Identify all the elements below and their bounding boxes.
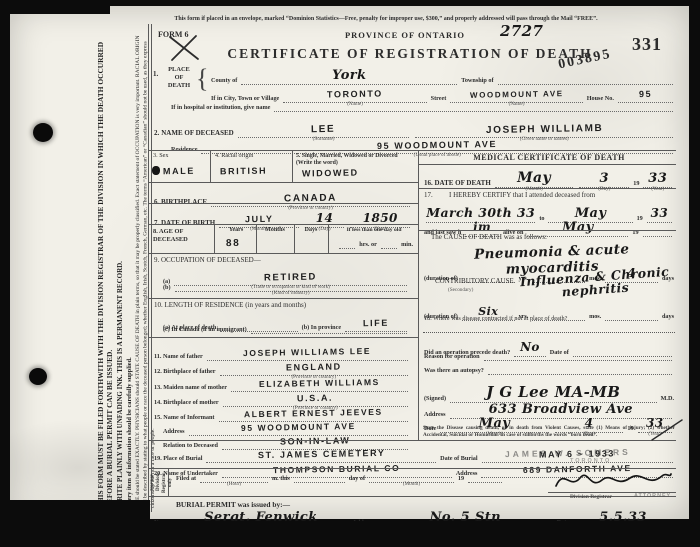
street-value: WOODMOUNT AVE <box>470 90 564 100</box>
hospital-field <box>274 111 673 112</box>
age-years-header: Years <box>218 227 254 233</box>
contributory-days-label: days <box>661 314 675 321</box>
father-value: JOSEPH WILLIAMS LEE <box>243 347 371 358</box>
microfilm-scan: THIS FORM MUST BE FILED FORTHWITH WITH T… <box>0 0 700 547</box>
occupation-separator <box>148 298 418 299</box>
age-less-than-day-label: If less than one day old <box>332 227 416 233</box>
death-year-field: 33 (Year) <box>643 169 672 188</box>
age-cell-3 <box>294 224 295 253</box>
sex-value: MALE <box>163 166 195 177</box>
operation-reason-field <box>484 360 672 361</box>
filed-dayof-label: day of <box>348 476 366 483</box>
age-cell-2 <box>256 224 257 253</box>
racial-origin-value: BRITISH <box>220 166 267 177</box>
certify-no: 17. <box>423 192 434 200</box>
stamp-attorney: ATTORNEY <box>634 493 671 499</box>
death-date-label: 16. DATE OF DEATH <box>423 180 492 188</box>
age-min-field <box>381 248 397 249</box>
age-label: 8. AGE OF DECEASED <box>153 228 209 243</box>
county-value: York <box>332 69 366 82</box>
racial-cell-divider <box>292 150 293 182</box>
death-month-value: May <box>517 171 551 185</box>
certificate-page: THIS FORM MUST BE FILED FORTHWITH WITH T… <box>10 6 690 519</box>
city-label: If in City, Town or Village <box>210 96 280 103</box>
filed-year-prefix: 19 <box>457 476 465 483</box>
marital-value: WIDOWED <box>302 168 359 179</box>
occupation-a-value: RETIRED <box>264 273 317 283</box>
undertaker-value: THOMPSON BURIAL CO <box>273 464 400 475</box>
margin-line-1: THIS FORM MUST BE FILED FORTHWITH WITH T… <box>96 30 114 508</box>
residence-field: 95 WOODMOUNT AVE (Usual place of abode) <box>201 135 673 154</box>
operation-reason-label: Reason for operation <box>423 354 481 361</box>
filed-month-field: (Month) <box>369 482 454 483</box>
city-value: TORONTO <box>327 90 383 100</box>
residence-c-field <box>251 333 407 334</box>
death-year-value: 33 <box>648 172 667 185</box>
registrar-title: Division Registrar <box>570 494 612 500</box>
punch-hole <box>33 123 53 142</box>
age-separator <box>148 253 418 254</box>
burial-separator <box>148 440 676 441</box>
operation-value: No <box>520 341 540 353</box>
death-day-value: 3 <box>600 172 609 185</box>
margin-line-4: AGE should be stated EXACTLY. PHYSICIANS… <box>135 30 158 508</box>
ink-blot <box>152 166 160 175</box>
place-no: 1. <box>153 70 158 78</box>
county-field: York <box>241 66 457 85</box>
marital-label: 5. Single, Married, Widowed or Divorced … <box>296 153 414 167</box>
filed-month-hint: (Month) <box>403 482 420 488</box>
age-months-header: Months <box>258 227 292 233</box>
sex-label: 3. Sex <box>152 153 169 160</box>
margin-instructions: THIS FORM MUST BE FILED FORTHWITH WITH T… <box>94 30 160 508</box>
film-border-left <box>0 0 10 547</box>
hospital-label: If in hospital or institution, give name <box>170 105 271 112</box>
residence-c-label: (c) In Canada (if an immigrant) <box>162 327 248 334</box>
filed-at-label: Filed at <box>175 476 197 483</box>
place-brace: { <box>196 64 208 94</box>
age-hrs-field <box>339 248 355 249</box>
racial-origin-label: 4. Racial origin <box>214 153 254 160</box>
birth-separator <box>148 224 418 225</box>
residence-length-label: 10. LENGTH OF RESIDENCE (in years and mo… <box>153 302 307 310</box>
house-no-label: House No. <box>586 96 615 103</box>
age-days-header: Days <box>296 227 326 233</box>
sex-cell-divider <box>210 150 211 182</box>
birth-day-value: 14 <box>316 212 334 224</box>
contracted-blank-line <box>423 332 675 333</box>
place-label: PLACE OF DEATH <box>162 66 196 90</box>
surname-value: LEE <box>311 125 335 135</box>
birthplace-separator <box>148 203 418 204</box>
occupation-b-field: (Kind of industry) <box>175 291 407 292</box>
margin-line-3: Every item of information should be care… <box>126 30 133 508</box>
filed-day-field <box>294 482 345 483</box>
occupation-b-label: (b) <box>162 285 172 292</box>
film-border-right <box>689 0 700 547</box>
cause-label: The CAUSE OF DEATH was as follows: <box>430 234 548 242</box>
signed-value: J G Lee MA-MB <box>486 385 620 400</box>
occupation-b-hint: (Kind of industry) <box>272 291 310 297</box>
mother-birthplace-value: U.S.A. <box>297 394 333 404</box>
punch-hole <box>29 368 47 385</box>
filed-m-label: m. this <box>271 476 291 483</box>
age-cell-1 <box>214 224 215 253</box>
contracted-label: 18. Where was disease contracted if not … <box>423 316 568 323</box>
house-no-value: 95 <box>639 90 652 99</box>
pen-slash-mark <box>650 418 684 442</box>
registrar-signature-scrawl <box>550 464 675 494</box>
page-number: 331 <box>632 34 662 55</box>
medical-title-rule <box>418 164 676 165</box>
column-divider <box>418 150 419 440</box>
birthplace-field: CANADA (Province or country) <box>211 188 410 207</box>
certify-text: I HEREBY CERTIFY that I attended decease… <box>448 192 596 200</box>
filed-hour-field: (Hour) <box>200 482 268 483</box>
age-years-value: 88 <box>226 238 241 249</box>
father-birthplace-value: ENGLAND <box>286 363 342 373</box>
city-field: TORONTO (Name) <box>283 84 426 103</box>
age-hrs-label: hrs. or <box>358 242 378 249</box>
death-date-rule <box>418 188 676 189</box>
certify-him-value: im <box>473 221 491 233</box>
film-border-bottom <box>0 521 700 547</box>
contributory-mos-label: mos. <box>588 314 602 321</box>
occupation-a-field: RETIRED (Trade or occupation or kind of … <box>174 267 407 286</box>
filed-box-label: For use Division Registrar only <box>150 469 174 496</box>
death-day-field: 3 (Day) <box>579 169 629 188</box>
residence-length-separator <box>148 337 418 338</box>
mother-value: ELIZABETH WILLIAMS <box>259 378 380 389</box>
form-left-rule <box>148 24 149 512</box>
contributory-hint: (Secondary) <box>448 287 473 293</box>
margin-line-2: WRITE PLAINLY WITH UNFADING INK. THIS IS… <box>116 30 124 508</box>
mailing-notice: This form if placed in an envelope, mark… <box>100 16 672 22</box>
street-label: Street <box>430 96 448 103</box>
medical-fineprint: State the Disease causing death, or in d… <box>423 425 675 438</box>
certify-alive-value: May <box>562 221 594 234</box>
birth-day-field: 14 (Day) <box>305 209 345 228</box>
autopsy-field <box>488 374 672 375</box>
filed-year-field <box>468 482 502 483</box>
death-year-prefix: 19 <box>632 181 640 188</box>
header-separator <box>148 150 676 151</box>
age-cell-4 <box>328 224 329 253</box>
written-registration-number: 2727 <box>500 22 543 40</box>
birth-year-value: 1850 <box>363 212 398 224</box>
filed-hour-hint: (Hour) <box>227 482 241 488</box>
province-heading: PROVINCE OF ONTARIO <box>300 30 510 40</box>
birth-year-field: 1850 (Year) <box>350 209 410 228</box>
certify-alive-year-prefix: 19 <box>631 230 639 237</box>
street-field: WOODMOUNT AVE (Name) <box>450 84 582 103</box>
birth-month-field: JULY (Month) <box>219 209 298 228</box>
birth-month-value: JULY <box>245 215 274 224</box>
certificate-title: CERTIFICATE OF REGISTRATION OF DEATH <box>185 46 635 62</box>
contributory-days-field <box>605 320 658 321</box>
form-left-rule-2 <box>151 24 152 512</box>
age-min-label: min. <box>400 242 414 249</box>
house-no-field: 95 <box>618 84 673 103</box>
autopsy-label: Was there an autopsy? <box>423 368 485 375</box>
film-border-top-left <box>0 0 110 14</box>
contributory-label: CONTRIBUTORY CAUSE <box>434 278 515 286</box>
death-month-field: May (Month) <box>495 169 574 188</box>
certify-alive-year-field <box>643 236 672 237</box>
vitals-separator <box>148 182 418 183</box>
occupation-label: 9. OCCUPATION OF DECEASED— <box>153 257 262 265</box>
medical-title: MEDICAL CERTIFICATE OF DEATH <box>422 153 676 162</box>
deceased-no: 2. <box>153 130 160 138</box>
certify-rule <box>418 230 676 231</box>
